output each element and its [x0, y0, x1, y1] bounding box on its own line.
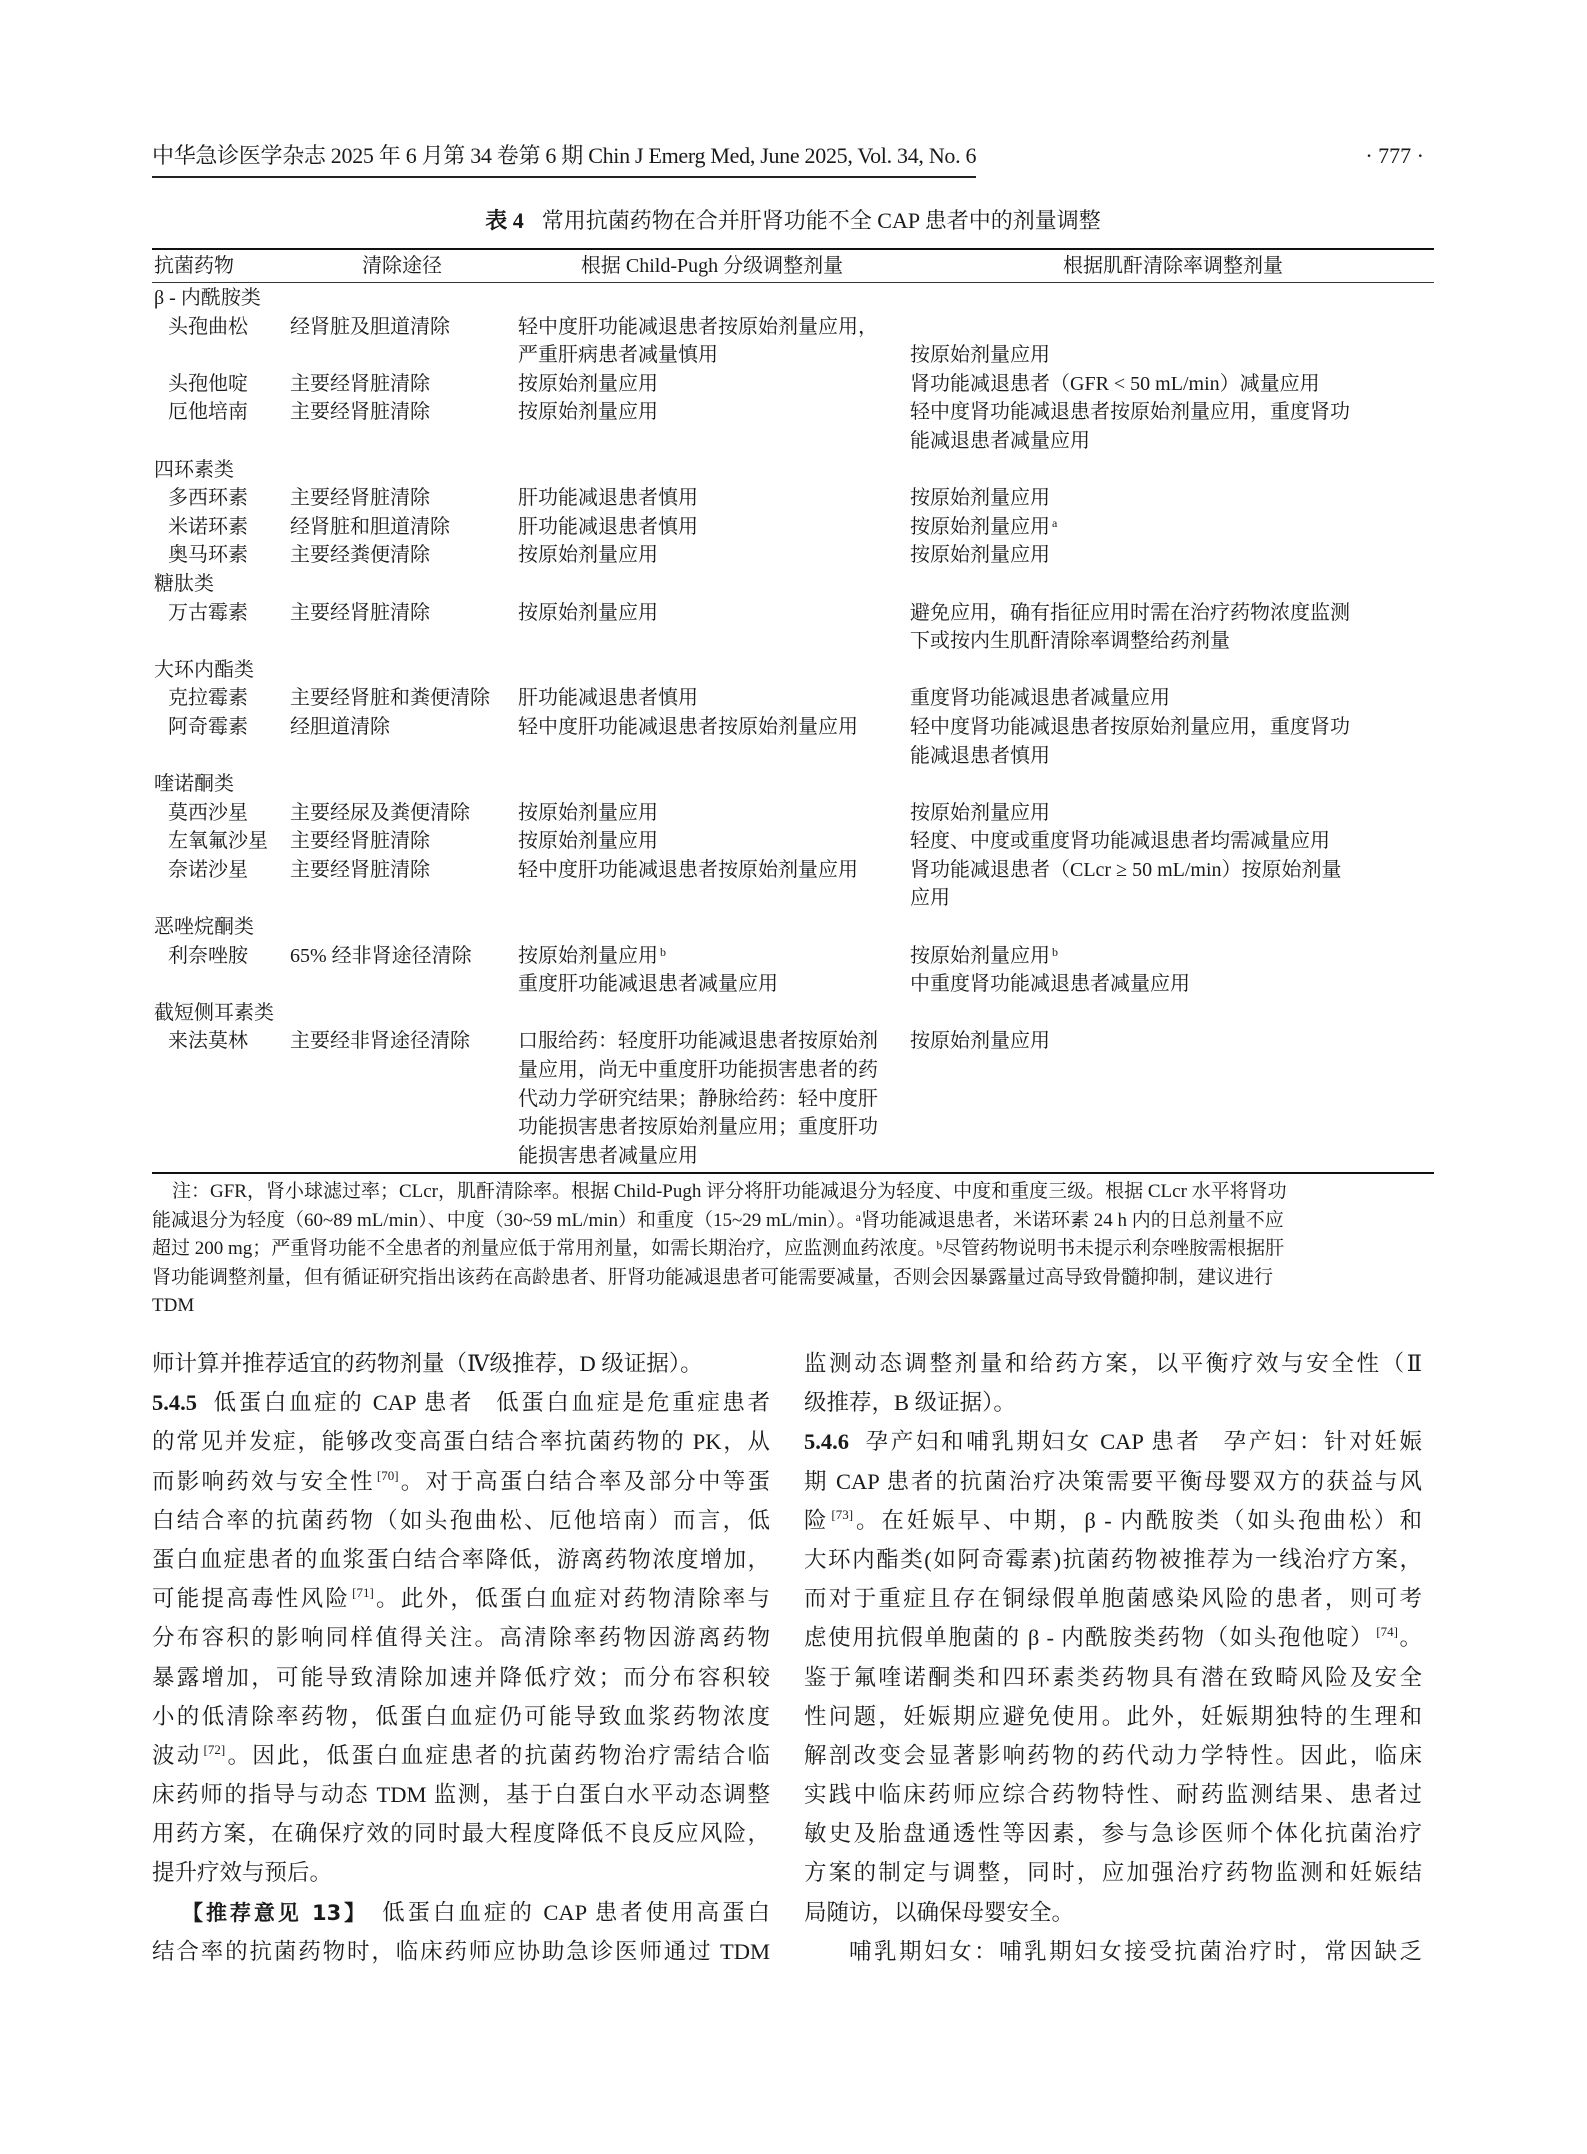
clcr-adjustment: 按原始剂量应用 — [910, 799, 1434, 828]
section-heading-5-4-6: 5.4.6孕产妇和哺乳期妇女 CAP 患者孕产妇：针对妊娠 — [804, 1422, 1422, 1461]
body-line: 的常见并发症，能够改变高蛋白结合率抗菌药物的 PK，从 — [152, 1422, 770, 1461]
body-line: 方案的制定与调整，同时，应加强治疗药物监测和妊娠结 — [804, 1853, 1422, 1892]
drug-name: 厄他培南 — [152, 398, 290, 427]
clcr-adjustment: 轻中度肾功能减退患者按原始剂量应用，重度肾功 能减退患者慎用 — [910, 713, 1434, 770]
text-line: 按原始剂量应用 — [910, 484, 1434, 513]
text-line: 按原始剂量应用 — [910, 341, 1434, 370]
body-line: 实践中临床药师应综合药物特性、耐药监测结果、患者过 — [804, 1775, 1422, 1814]
text-line: 按原始剂量应用 — [518, 541, 906, 570]
body-line: 可能提高毒性风险[71]。此外，低蛋白血症对药物清除率与 — [152, 1579, 770, 1618]
clcr-adjustment: 按原始剂量应用 — [910, 1027, 1434, 1056]
child-pugh-adjustment: 轻中度肝功能减退患者按原始剂量应用， 严重肝病患者减量慎用 — [518, 313, 910, 370]
recommendation-label: 【推荐意见 13】 — [182, 1901, 368, 1925]
text-line: 轻中度肝功能减退患者按原始剂量应用 — [518, 713, 906, 742]
text-line: 按原始剂量应用 — [518, 370, 906, 399]
text-line: 按原始剂量应用 — [518, 398, 906, 427]
col-header-drug: 抗菌药物 — [152, 250, 292, 282]
text-line: 功能损害患者按原始剂量应用；重度肝功 — [518, 1113, 906, 1142]
body-line: 大环内酯类(如阿奇霉素)抗菌药物被推荐为一线治疗方案， — [804, 1540, 1422, 1579]
running-header: 中华急诊医学杂志 2025 年 6 月第 34 卷第 6 期 Chin J Em… — [152, 138, 1434, 174]
citation-ref: [74] — [1376, 1624, 1398, 1639]
body-line: 师计算并推荐适宜的药物剂量（Ⅳ级推荐，D 级证据）。 — [152, 1344, 770, 1383]
body-line: 分布容积的影响同样值得关注。高清除率药物因游离药物 — [152, 1618, 770, 1657]
text-line: 肾功能减退患者（CLcr ≥ 50 mL/min）按原始剂量 — [910, 856, 1434, 885]
child-pugh-adjustment: 按原始剂量应用 — [518, 398, 910, 427]
child-pugh-adjustment: 肝功能减退患者慎用 — [518, 513, 910, 542]
text-line: 按原始剂量应用 — [518, 599, 906, 628]
clearance-route: 经胆道清除 — [290, 713, 518, 742]
footnote-line: 超过 200 mg；严重肾功能不全患者的剂量应低于常用剂量，如需长期治疗，应监测… — [152, 1235, 1434, 1264]
table-row: 奥马环素 主要经粪便清除 按原始剂量应用 按原始剂量应用 — [152, 541, 1434, 570]
body-text: 。对于高蛋白结合率及部分中等蛋 — [399, 1469, 770, 1494]
clearance-route: 主要经肾脏清除 — [290, 599, 518, 628]
text-line: 按原始剂量应用 — [518, 827, 906, 856]
table-row: 万古霉素 主要经肾脏清除 按原始剂量应用 避免应用，确有指征应用时需在治疗药物浓… — [152, 599, 1434, 656]
footnote-line: 注：GFR，肾小球滤过率；CLcr，肌酐清除率。根据 Child-Pugh 评分… — [152, 1178, 1434, 1207]
table-row: 左氧氟沙星 主要经肾脏清除 按原始剂量应用 轻度、中度或重度肾功能减退患者均需减… — [152, 827, 1434, 856]
section-number: 5.4.5 — [152, 1390, 197, 1415]
text-line: 轻中度肾功能减退患者按原始剂量应用，重度肾功 — [910, 713, 1434, 742]
table-footnote: 注：GFR，肾小球滤过率；CLcr，肌酐清除率。根据 Child-Pugh 评分… — [152, 1174, 1434, 1321]
drug-name: 来法莫林 — [152, 1027, 290, 1056]
table-header-row: 抗菌药物 清除途径 根据 Child-Pugh 分级调整剂量 根据肌酐清除率调整… — [152, 250, 1434, 282]
section-heading-5-4-5: 5.4.5低蛋白血症的 CAP 患者低蛋白血症是危重症患者 — [152, 1383, 770, 1422]
text-line: 轻度、中度或重度肾功能减退患者均需减量应用 — [910, 827, 1434, 856]
table-row: 多西环素 主要经肾脏清除 肝功能减退患者慎用 按原始剂量应用 — [152, 484, 1434, 513]
clearance-route: 主要经肾脏清除 — [290, 856, 518, 885]
body-line: 险[73]。在妊娠早、中期，β - 内酰胺类（如头孢曲松）和 — [804, 1501, 1422, 1540]
body-line: 虑使用抗假单胞菌的 β - 内酰胺类药物（如头孢他啶）[74]。 — [804, 1618, 1422, 1657]
body-column-right: 监测动态调整剂量和给药方案，以平衡疗效与安全性（Ⅱ 级推荐，B 级证据）。 5.… — [804, 1344, 1422, 1971]
body-text: 。此外，低蛋白血症对药物清除率与 — [374, 1586, 770, 1611]
text-line: 按原始剂量应用b — [910, 942, 1434, 971]
body-text: 低蛋白血症是危重症患者 — [496, 1390, 770, 1415]
group-label: 恶唑烷酮类 — [152, 913, 1434, 942]
text-line: 代动力学研究结果；静脉给药：轻中度肝 — [518, 1085, 906, 1114]
body-line: 局随访，以确保母婴安全。 — [804, 1893, 1422, 1932]
clearance-route: 主要经非肾途径清除 — [290, 1027, 518, 1056]
body-line: 级推荐，B 级证据）。 — [804, 1383, 1422, 1422]
child-pugh-adjustment: 按原始剂量应用 — [518, 541, 910, 570]
clcr-adjustment: 按原始剂量应用 — [910, 484, 1434, 513]
child-pugh-adjustment: 按原始剂量应用b 重度肝功能减退患者减量应用 — [518, 942, 910, 999]
child-pugh-adjustment: 按原始剂量应用 — [518, 827, 910, 856]
drug-name: 奈诺沙星 — [152, 856, 290, 885]
body-line: 波动[72]。因此，低蛋白血症患者的抗菌药物治疗需结合临 — [152, 1736, 770, 1775]
group-label: 大环内酯类 — [152, 656, 1434, 685]
footnote-marker: b — [1052, 945, 1058, 959]
drug-name: 阿奇霉素 — [152, 713, 290, 742]
table-row: 来法莫林 主要经非肾途径清除 口服给药：轻度肝功能减退患者按原始剂 量应用，尚无… — [152, 1027, 1434, 1170]
footnote-line: TDM — [152, 1292, 1434, 1321]
text-line: 按原始剂量应用 — [910, 1027, 1434, 1056]
text-content: 按原始剂量应用 — [910, 945, 1050, 967]
body-text: 低蛋白血症的 CAP 患者使用高蛋白 — [382, 1900, 770, 1925]
text-line: 重度肾功能减退患者减量应用 — [910, 684, 1434, 713]
text-content: 按原始剂量应用 — [910, 516, 1050, 538]
body-line: 敏史及胎盘通透性等因素，参与急诊医师个体化抗菌治疗 — [804, 1814, 1422, 1853]
child-pugh-adjustment: 肝功能减退患者慎用 — [518, 484, 910, 513]
page-number: · 777 · — [1365, 138, 1424, 174]
text-line: 量应用，尚无中重度肝功能损害患者的药 — [518, 1056, 906, 1085]
body-line: 蛋白血症患者的血浆蛋白结合率降低，游离药物浓度增加， — [152, 1540, 770, 1579]
citation-ref: [72] — [204, 1742, 226, 1757]
col-header-clcr: 根据肌酐清除率调整剂量 — [912, 250, 1434, 282]
drug-name: 头孢他啶 — [152, 370, 290, 399]
child-pugh-adjustment: 按原始剂量应用 — [518, 599, 910, 628]
clearance-route: 经肾脏及胆道清除 — [290, 313, 518, 342]
body-column-left: 师计算并推荐适宜的药物剂量（Ⅳ级推荐，D 级证据）。 5.4.5低蛋白血症的 C… — [152, 1344, 770, 1971]
text-content: 按原始剂量应用 — [518, 945, 658, 967]
text-line: 重度肝功能减退患者减量应用 — [518, 970, 906, 999]
body-text: 险 — [804, 1508, 829, 1533]
child-pugh-adjustment: 按原始剂量应用 — [518, 370, 910, 399]
text-line: 按原始剂量应用 — [910, 541, 1434, 570]
body-text: 孕产妇：针对妊娠 — [1224, 1429, 1422, 1454]
clearance-route: 主要经肾脏清除 — [290, 827, 518, 856]
col-header-child-pugh: 根据 Child-Pugh 分级调整剂量 — [512, 250, 912, 282]
group-label: 喹诺酮类 — [152, 770, 1434, 799]
clcr-adjustment: 肾功能减退患者（GFR < 50 mL/min）减量应用 — [910, 370, 1434, 399]
section-number: 5.4.6 — [804, 1429, 849, 1454]
body-line: 白结合率的抗菌药物（如头孢曲松、厄他培南）而言，低 — [152, 1501, 770, 1540]
drug-name: 头孢曲松 — [152, 313, 290, 342]
section-title: 低蛋白血症的 CAP 患者 — [211, 1390, 474, 1415]
text-line: 轻中度肝功能减退患者按原始剂量应用 — [518, 856, 906, 885]
body-text: 而影响药效与安全性 — [152, 1469, 375, 1494]
table-row: 利奈唑胺 65% 经非肾途径清除 按原始剂量应用b 重度肝功能减退患者减量应用 … — [152, 942, 1434, 999]
group-label: 糖肽类 — [152, 570, 1434, 599]
dose-adjustment-table: 抗菌药物 清除途径 根据 Child-Pugh 分级调整剂量 根据肌酐清除率调整… — [152, 248, 1434, 1321]
drug-name: 莫西沙星 — [152, 799, 290, 828]
table-row: 奈诺沙星 主要经肾脏清除 轻中度肝功能减退患者按原始剂量应用 肾功能减退患者（C… — [152, 856, 1434, 913]
clearance-route: 主要经肾脏清除 — [290, 398, 518, 427]
recommendation-13: 【推荐意见 13】低蛋白血症的 CAP 患者使用高蛋白 — [152, 1893, 770, 1932]
clcr-adjustment: 轻度、中度或重度肾功能减退患者均需减量应用 — [910, 827, 1434, 856]
group-label: β - 内酰胺类 — [152, 284, 1434, 313]
text-line: 中重度肾功能减退患者减量应用 — [910, 970, 1434, 999]
body-line: 鉴于氟喹诺酮类和四环素类药物具有潜在致畸风险及安全 — [804, 1658, 1422, 1697]
clcr-adjustment: 轻中度肾功能减退患者按原始剂量应用，重度肾功 能减退患者减量应用 — [910, 398, 1434, 455]
text-line: 严重肝病患者减量慎用 — [518, 341, 906, 370]
child-pugh-adjustment: 轻中度肝功能减退患者按原始剂量应用 — [518, 713, 910, 742]
table-label: 表 4 — [485, 208, 524, 233]
drug-name: 米诺环素 — [152, 513, 290, 542]
clearance-route: 主要经肾脏和粪便清除 — [290, 684, 518, 713]
body-line: 小的低清除率药物，低蛋白血症仍可能导致血浆药物浓度 — [152, 1697, 770, 1736]
table-row: 头孢曲松 经肾脏及胆道清除 轻中度肝功能减退患者按原始剂量应用， 严重肝病患者减… — [152, 313, 1434, 370]
child-pugh-adjustment: 按原始剂量应用 — [518, 799, 910, 828]
body-line: 解剖改变会显著影响药物的药代动力学特性。因此，临床 — [804, 1736, 1422, 1775]
child-pugh-adjustment: 口服给药：轻度肝功能减退患者按原始剂 量应用，尚无中重度肝功能损害患者的药 代动… — [518, 1027, 910, 1170]
citation-ref: [71] — [352, 1585, 374, 1600]
table-body: β - 内酰胺类 头孢曲松 经肾脏及胆道清除 轻中度肝功能减退患者按原始剂量应用… — [152, 283, 1434, 1172]
drug-name: 奥马环素 — [152, 541, 290, 570]
footnote-line: 能减退分为轻度（60~89 mL/min）、中度（30~59 mL/min）和重… — [152, 1207, 1434, 1236]
group-label: 截短侧耳素类 — [152, 999, 1434, 1028]
footnote-marker: b — [660, 945, 666, 959]
table-row: 厄他培南 主要经肾脏清除 按原始剂量应用 轻中度肾功能减退患者按原始剂量应用，重… — [152, 398, 1434, 455]
body-line: 提升疗效与预后。 — [152, 1853, 770, 1892]
clearance-route: 65% 经非肾途径清除 — [290, 942, 518, 971]
text-line: 口服给药：轻度肝功能减退患者按原始剂 — [518, 1027, 906, 1056]
text-line: 能减退患者慎用 — [910, 742, 1434, 771]
text-line: 轻中度肝功能减退患者按原始剂量应用， — [518, 313, 906, 342]
footnote-line: 肾功能调整剂量，但有循证研究指出该药在高龄患者、肝肾功能减退患者可能需要减量，否… — [152, 1264, 1434, 1293]
text-line: 按原始剂量应用 — [910, 799, 1434, 828]
drug-name: 左氧氟沙星 — [152, 827, 290, 856]
body-text: 。在妊娠早、中期，β - 内酰胺类（如头孢曲松）和 — [853, 1508, 1422, 1533]
child-pugh-adjustment: 轻中度肝功能减退患者按原始剂量应用 — [518, 856, 910, 885]
drug-name: 克拉霉素 — [152, 684, 290, 713]
body-text: 波动 — [152, 1743, 202, 1768]
table-title: 常用抗菌药物在合并肝肾功能不全 CAP 患者中的剂量调整 — [542, 208, 1101, 233]
clearance-route: 经肾脏和胆道清除 — [290, 513, 518, 542]
drug-name: 利奈唑胺 — [152, 942, 290, 971]
body-line: 结合率的抗菌药物时，临床药师应协助急诊医师通过 TDM — [152, 1932, 770, 1971]
body-line: 哺乳期妇女：哺乳期妇女接受抗菌治疗时，常因缺乏 — [804, 1932, 1422, 1971]
text-line: 肾功能减退患者（GFR < 50 mL/min）减量应用 — [910, 370, 1434, 399]
table-row: 头孢他啶 主要经肾脏清除 按原始剂量应用 肾功能减退患者（GFR < 50 mL… — [152, 370, 1434, 399]
body-line: 用药方案，在确保疗效的同时最大程度降低不良反应风险， — [152, 1814, 770, 1853]
text-line: 按原始剂量应用a — [910, 513, 1434, 542]
section-title: 孕产妇和哺乳期妇女 CAP 患者 — [863, 1429, 1202, 1454]
drug-name: 多西环素 — [152, 484, 290, 513]
clearance-route: 主要经粪便清除 — [290, 541, 518, 570]
drug-name: 万古霉素 — [152, 599, 290, 628]
body-text: 虑使用抗假单胞菌的 β - 内酰胺类药物（如头孢他啶） — [804, 1625, 1374, 1650]
table-row: 克拉霉素 主要经肾脏和粪便清除 肝功能减退患者慎用 重度肾功能减退患者减量应用 — [152, 684, 1434, 713]
clearance-route: 主要经肾脏清除 — [290, 370, 518, 399]
body-line: 期 CAP 患者的抗菌治疗决策需要平衡母婴双方的获益与风 — [804, 1462, 1422, 1501]
body-line: 监测动态调整剂量和给药方案，以平衡疗效与安全性（Ⅱ — [804, 1344, 1422, 1383]
body-line: 而影响药效与安全性[70]。对于高蛋白结合率及部分中等蛋 — [152, 1462, 770, 1501]
body-line: 暴露增加，可能导致清除加速并降低疗效；而分布容积较 — [152, 1658, 770, 1697]
text-line: 轻中度肾功能减退患者按原始剂量应用，重度肾功 — [910, 398, 1434, 427]
table-row: 莫西沙星 主要经尿及粪便清除 按原始剂量应用 按原始剂量应用 — [152, 799, 1434, 828]
clcr-adjustment: 按原始剂量应用 — [910, 313, 1434, 370]
citation-ref: [70] — [377, 1468, 399, 1483]
clcr-adjustment: 重度肾功能减退患者减量应用 — [910, 684, 1434, 713]
body-line: 床药师的指导与动态 TDM 监测，基于白蛋白水平动态调整 — [152, 1775, 770, 1814]
body-text: 。因此，低蛋白血症患者的抗菌药物治疗需结合临 — [225, 1743, 770, 1768]
text-line: 按原始剂量应用b — [518, 942, 906, 971]
text-line: 肝功能减退患者慎用 — [518, 684, 906, 713]
text-line: 能减退患者减量应用 — [910, 427, 1434, 456]
text-line: 能损害患者减量应用 — [518, 1142, 906, 1171]
body-text: 可能提高毒性风险 — [152, 1586, 350, 1611]
footnote-marker: a — [1052, 516, 1057, 530]
clearance-route: 主要经尿及粪便清除 — [290, 799, 518, 828]
text-line: 按原始剂量应用 — [518, 799, 906, 828]
clcr-adjustment: 按原始剂量应用b 中重度肾功能减退患者减量应用 — [910, 942, 1434, 999]
group-label: 四环素类 — [152, 456, 1434, 485]
table-caption: 表 4常用抗菌药物在合并肝肾功能不全 CAP 患者中的剂量调整 — [152, 206, 1434, 236]
text-line: 肝功能减退患者慎用 — [518, 513, 906, 542]
col-header-route: 清除途径 — [292, 250, 512, 282]
body-text: 。 — [1398, 1625, 1422, 1650]
table-row: 阿奇霉素 经胆道清除 轻中度肝功能减退患者按原始剂量应用 轻中度肾功能减退患者按… — [152, 713, 1434, 770]
text-line: 避免应用，确有指征应用时需在治疗药物浓度监测 — [910, 599, 1434, 628]
table-row: 米诺环素 经肾脏和胆道清除 肝功能减退患者慎用 按原始剂量应用a — [152, 513, 1434, 542]
body-line: 而对于重症且存在铜绿假单胞菌感染风险的患者，则可考 — [804, 1579, 1422, 1618]
child-pugh-adjustment: 肝功能减退患者慎用 — [518, 684, 910, 713]
text-line: 应用 — [910, 884, 1434, 913]
citation-ref: [73] — [831, 1507, 853, 1522]
journal-citation: 中华急诊医学杂志 2025 年 6 月第 34 卷第 6 期 Chin J Em… — [152, 138, 976, 178]
clcr-adjustment: 避免应用，确有指征应用时需在治疗药物浓度监测 下或按内生肌酐清除率调整给药剂量 — [910, 599, 1434, 656]
text-line: 下或按内生肌酐清除率调整给药剂量 — [910, 627, 1434, 656]
text-line — [910, 313, 1434, 342]
clcr-adjustment: 按原始剂量应用a — [910, 513, 1434, 542]
text-line: 肝功能减退患者慎用 — [518, 484, 906, 513]
body-line: 性问题，妊娠期应避免使用。此外，妊娠期独特的生理和 — [804, 1697, 1422, 1736]
clcr-adjustment: 按原始剂量应用 — [910, 541, 1434, 570]
clcr-adjustment: 肾功能减退患者（CLcr ≥ 50 mL/min）按原始剂量 应用 — [910, 856, 1434, 913]
clearance-route: 主要经肾脏清除 — [290, 484, 518, 513]
